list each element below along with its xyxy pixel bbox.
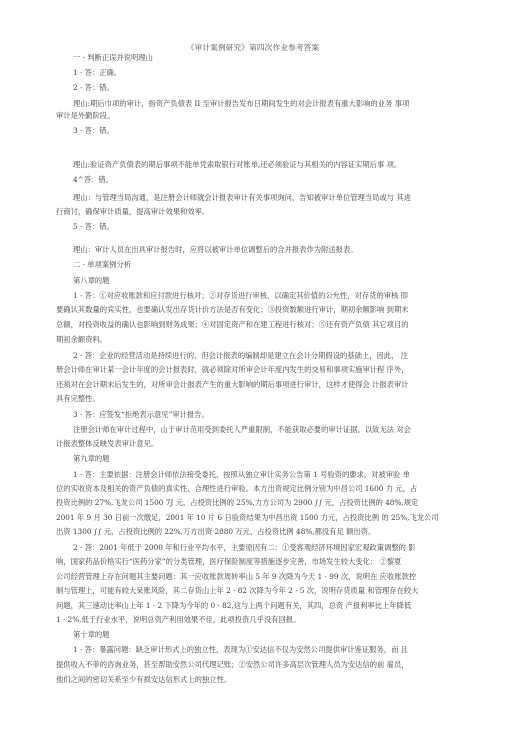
text-line: 二 · 单项案例分析 xyxy=(73,260,131,270)
text-line: 2001 年 9 月 30 日前一次缴足，2001 年 10 片 6 日验资结果… xyxy=(56,513,439,523)
text-line: 投资比例的 27%,飞龙公司 1500 7J 元，占投资比例的 25%,力方公司… xyxy=(56,498,418,508)
text-line: 2 · 答：企业的经营活动是持续进行的，但会计报表的编制却是建立在会计分期假设的… xyxy=(73,351,408,361)
text-line: 他们之间的密切关系至少有损安达信形式上的独立性。 xyxy=(56,675,231,685)
text-line: 1 · 答：①对应收账款和应付款进行核对；②对存货进行审核，以确定其价值的公允性… xyxy=(73,291,408,301)
text-line: 提供收入不菲的咨询业务，甚至帮助安然公司代理记账；②安然公司许多高层次管理人员为… xyxy=(56,660,409,670)
text-line: 1 · 2%,低于行业水平，说明总资产利用效果不佳，此项投资几乎没有回报。 xyxy=(56,615,300,625)
text-line: 一 · 判断正误并说明理山 xyxy=(73,53,153,63)
text-line: 4^答：错。 xyxy=(73,175,113,185)
text-line: 1 · 答：正确。 xyxy=(73,68,121,78)
text-line: 期初余额资料。 xyxy=(56,335,107,345)
text-line: 审计是外勤阶段。 xyxy=(56,111,114,121)
text-line: 计报表整体反映发表审计意见。 xyxy=(56,439,158,449)
text-line: 1 · 答：暴露问题：缺乏审计形式上的独立性，表现为①安达信不仅为安然公司提供审… xyxy=(73,645,408,655)
text-line: 总额，对投资收益的确认也影响到财务成果；④对固定资产和在建工程进行核对；⑤还有资… xyxy=(56,320,409,330)
text-line: 公司经营管理上存在问题其主要问题：其一应收账款周转率山 5 年 9 次降为今天 … xyxy=(56,572,416,582)
text-line: 第十章的题 xyxy=(73,630,109,640)
text-line: 理山：与管理当局沟通，是注册会计师就会计报表审计有关事项询问，告知被审计单位管理… xyxy=(73,193,411,203)
text-line: 第八章的题 xyxy=(73,276,109,286)
text-line: 理山:验证资产负债表的期后事项不能单凭索取银行对账单,还必须验证与其相关的内容证… xyxy=(73,160,401,170)
document-title: 《审计案例研究》第四次作业参考答案 xyxy=(0,42,506,53)
text-line: 3 · 答：应签发“拒绝表示意见”审计报告。 xyxy=(73,410,209,420)
text-line: 位的实收资本及相关的资产负债的真实性、合理性进行审验。本方出资规定比例分别为中昌… xyxy=(56,484,417,494)
text-line: 还须对在会计期末后发生的，对所审会计报表产生的重大影响的期后事项进行审计，这样才… xyxy=(56,380,409,390)
text-line: 问题，其三速动比率山上年 1 · 2 下降为今年的 0 · 82,这与上两个问题… xyxy=(56,601,411,611)
text-line: 制与管理上，可能有较大呆账风险，其二存货山上年 2 · 82 次降为今年 2 ·… xyxy=(56,586,419,596)
text-line: 响，国家药品价格实行“医药分家”的分类管理，医疗保险制度等措施逐步完善，市场发生… xyxy=(56,557,401,567)
text-line: 2 · 答：2001 年低于 2000 年和行业平均水平，主要原因有二：①受客观… xyxy=(73,543,416,553)
text-line: 要确认其数量的宾实性，也要确认发出存货计价方法是否有变化；③投资数额进行审计，期… xyxy=(56,305,409,315)
document-page: 《审计案例研究》第四次作业参考答案 一 · 判断正误并说明理山1 · 答：正确。… xyxy=(0,0,506,746)
text-line: 行商讨，确保审计质量，提高审计效果和效率。 xyxy=(56,207,209,217)
text-line: 出资 1300 ∫∫ 元，占投资比例的 22%,万方出资 2880 万元，占投资… xyxy=(56,527,375,537)
text-line: 具有完整性。 xyxy=(56,394,100,404)
text-line: 3 · 答：错。 xyxy=(73,126,114,136)
text-line: 2 · 答：错。 xyxy=(73,83,114,93)
text-line: 1 · 答：主要依据：注册会计师依法接受委托，按照从独立审计实务公告第 1 号验… xyxy=(73,470,410,480)
text-line: 理山:期后巾项的审计，指资产负债表 II 至审计报告发布日期间发生的对会计报表有… xyxy=(73,99,409,109)
text-line: 册会计师在审计某一会计年度的会计报表时，就必须除对所审会计年度内发生的交易和事项… xyxy=(56,365,409,375)
text-line: 5 · 答：错。 xyxy=(73,222,114,232)
text-line: 第九章的题 xyxy=(73,454,109,464)
text-line: 理山：审计人员在出具审计报告时，应将以被审计单位调整后的合并报表作为附送报表。 xyxy=(73,245,358,255)
text-line: 注册会计师在审计过程中，山于审计范用受到委托人严重限制，不能获取必要的审计证据，… xyxy=(73,425,411,435)
